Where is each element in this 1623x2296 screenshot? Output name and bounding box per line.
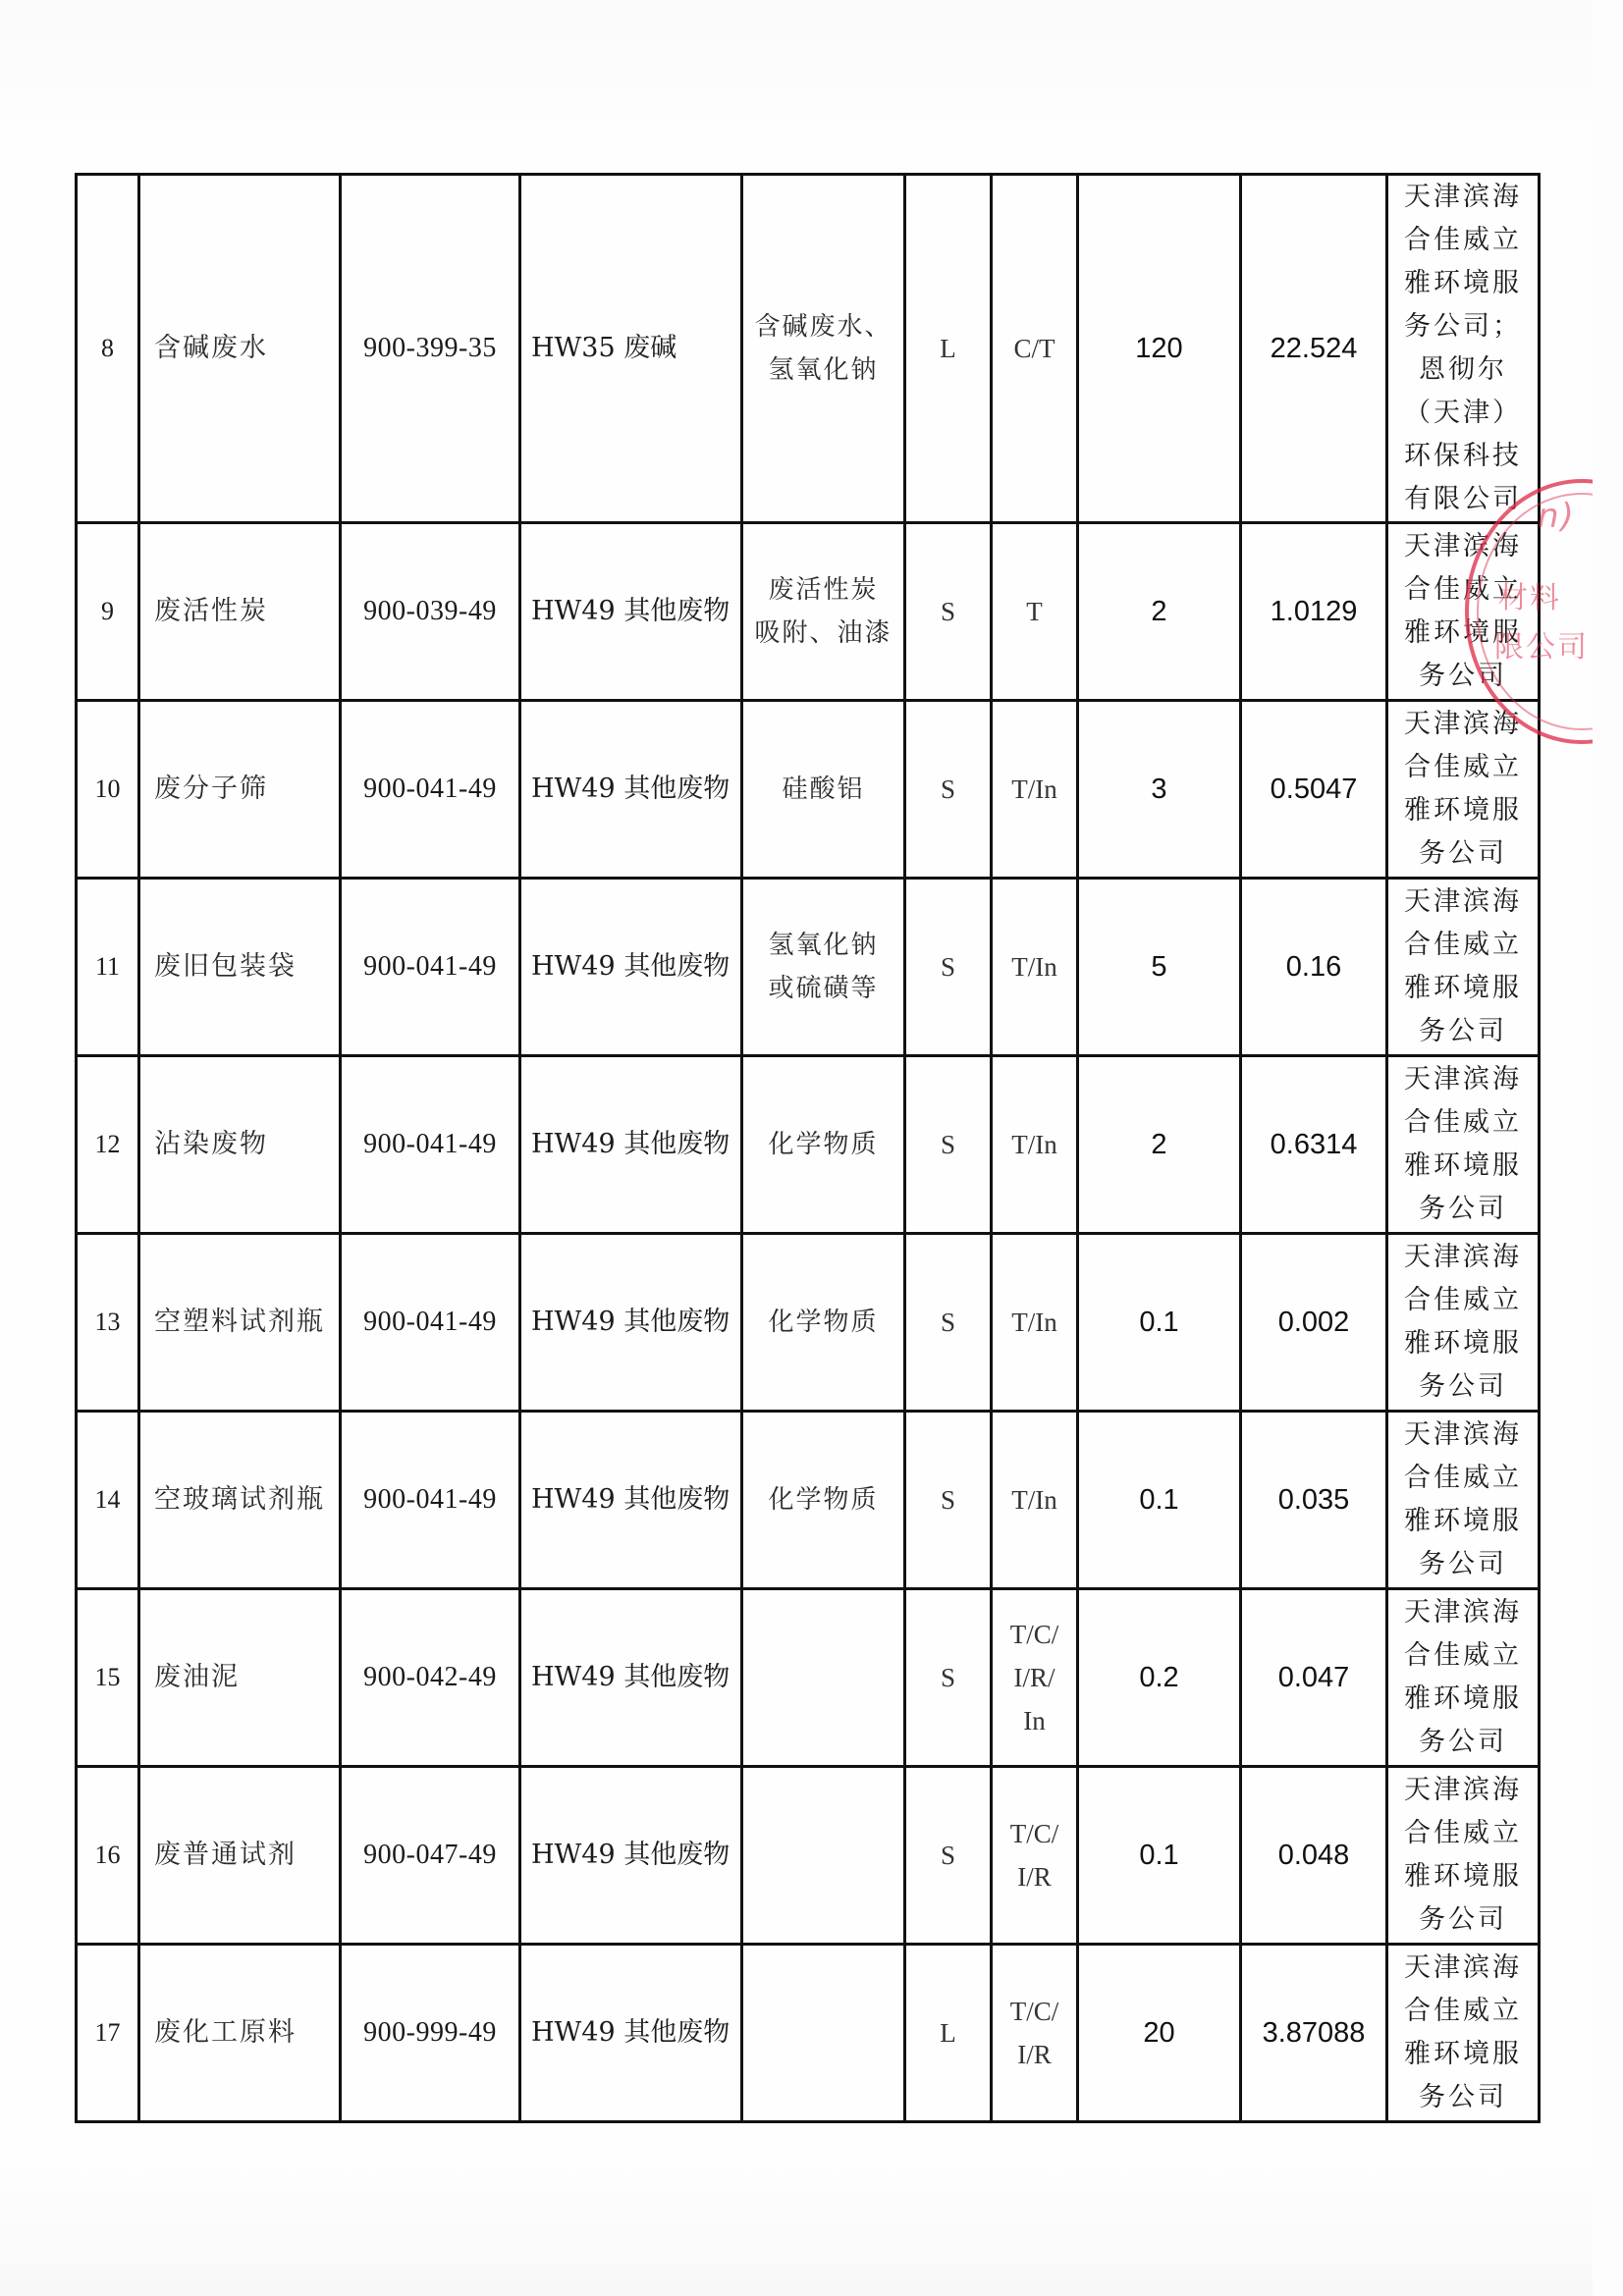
disposal-unit-cell: 天津滨海合佳威立雅环境服务公司 xyxy=(1387,1234,1540,1412)
main-component-cell: 废活性炭吸附、油漆 xyxy=(742,523,905,701)
disposal-unit-cell: 天津滨海合佳威立雅环境服务公司 xyxy=(1387,1056,1540,1234)
waste-code-cell: 900-047-49 xyxy=(341,1767,520,1945)
generated-amount-cell: 5 xyxy=(1078,879,1241,1056)
cell-line: （天津） xyxy=(1392,392,1534,435)
waste-code-cell: 900-041-49 xyxy=(341,879,520,1056)
cell-line: In xyxy=(993,1699,1076,1742)
cell-line: 务公司 xyxy=(1392,1365,1534,1409)
page-edge xyxy=(1593,0,1623,2296)
waste-category-cell: HW35 废碱 xyxy=(520,175,742,523)
cell-line: 雅环境服 xyxy=(1392,1855,1534,1898)
main-component-cell: 硅酸铝 xyxy=(742,701,905,879)
form-cell: S xyxy=(905,879,992,1056)
table-body: 8含碱废水900-399-35HW35 废碱含碱废水、氢氧化钠LC/T12022… xyxy=(77,175,1540,2122)
cell-line: 雅环境服 xyxy=(1392,262,1534,305)
cell-line: 雅环境服 xyxy=(1392,1678,1534,1721)
form-cell: S xyxy=(905,1767,992,1945)
waste-code-cell: 900-999-49 xyxy=(341,1945,520,2122)
waste-name-cell: 沾染废物 xyxy=(139,1056,341,1234)
actual-amount-cell: 3.87088 xyxy=(1241,1945,1387,2122)
form-cell: S xyxy=(905,1589,992,1767)
cell-line: 合佳威立 xyxy=(1392,1457,1534,1500)
table-row: 15废油泥900-042-49HW49 其他废物ST/C/I/R/In0.20.… xyxy=(77,1589,1540,1767)
waste-code-cell: 900-399-35 xyxy=(341,175,520,523)
actual-amount-cell: 0.047 xyxy=(1241,1589,1387,1767)
cell-line: 天津滨海 xyxy=(1392,525,1534,568)
table-row: 12沾染废物900-041-49HW49 其他废物化学物质ST/In20.631… xyxy=(77,1056,1540,1234)
cell-line: 天津滨海 xyxy=(1392,881,1534,924)
cell-line: T xyxy=(993,590,1076,633)
disposal-unit-cell: 天津滨海合佳威立雅环境服务公司 xyxy=(1387,1767,1540,1945)
cell-line: 含碱废水、 xyxy=(743,305,903,348)
hazardous-waste-table: 8含碱废水900-399-35HW35 废碱含碱废水、氢氧化钠LC/T12022… xyxy=(75,173,1541,2123)
cell-line: 化学物质 xyxy=(743,1478,903,1522)
hazard-cell: C/T xyxy=(992,175,1078,523)
cell-line: T/C/ xyxy=(993,1812,1076,1855)
serial-number-cell: 11 xyxy=(77,879,139,1056)
cell-line: T/C/ xyxy=(993,1613,1076,1656)
generated-amount-cell: 0.2 xyxy=(1078,1589,1241,1767)
main-component-cell: 含碱废水、氢氧化钠 xyxy=(742,175,905,523)
table-row: 16废普通试剂900-047-49HW49 其他废物ST/C/I/R0.10.0… xyxy=(77,1767,1540,1945)
cell-line: 合佳威立 xyxy=(1392,1279,1534,1322)
cell-line: 氢氧化钠 xyxy=(743,924,903,967)
cell-line: 废活性炭 xyxy=(743,568,903,612)
cell-line: T/In xyxy=(993,768,1076,811)
cell-line: 天津滨海 xyxy=(1392,703,1534,746)
cell-line: 合佳威立 xyxy=(1392,1101,1534,1145)
cell-line: 氢氧化钠 xyxy=(743,348,903,392)
cell-line: 务公司 xyxy=(1392,1010,1534,1053)
cell-line: I/R xyxy=(993,2033,1076,2076)
waste-name-cell: 空塑料试剂瓶 xyxy=(139,1234,341,1412)
disposal-unit-cell: 天津滨海合佳威立雅环境服务公司 xyxy=(1387,523,1540,701)
form-cell: S xyxy=(905,701,992,879)
cell-line: 天津滨海 xyxy=(1392,1591,1534,1634)
waste-code-cell: 900-041-49 xyxy=(341,701,520,879)
serial-number-cell: 15 xyxy=(77,1589,139,1767)
hazard-cell: T/In xyxy=(992,701,1078,879)
cell-line: C/T xyxy=(993,327,1076,370)
waste-category-cell: HW49 其他废物 xyxy=(520,1056,742,1234)
cell-line: T/In xyxy=(993,945,1076,988)
cell-line: 合佳威立 xyxy=(1392,924,1534,967)
form-cell: S xyxy=(905,1056,992,1234)
generated-amount-cell: 2 xyxy=(1078,1056,1241,1234)
waste-name-cell: 废普通试剂 xyxy=(139,1767,341,1945)
main-component-cell xyxy=(742,1945,905,2122)
generated-amount-cell: 0.1 xyxy=(1078,1412,1241,1589)
cell-line: I/R xyxy=(993,1855,1076,1898)
generated-amount-cell: 120 xyxy=(1078,175,1241,523)
cell-line: 天津滨海 xyxy=(1392,1947,1534,1990)
actual-amount-cell: 0.16 xyxy=(1241,879,1387,1056)
cell-line: I/R/ xyxy=(993,1656,1076,1699)
cell-line: 务公司 xyxy=(1392,1543,1534,1586)
cell-line: 硅酸铝 xyxy=(743,768,903,811)
table-row: 9废活性炭900-039-49HW49 其他废物废活性炭吸附、油漆ST21.01… xyxy=(77,523,1540,701)
waste-category-cell: HW49 其他废物 xyxy=(520,1412,742,1589)
cell-line: 环保科技 xyxy=(1392,435,1534,478)
cell-line: 雅环境服 xyxy=(1392,612,1534,655)
form-cell: S xyxy=(905,523,992,701)
cell-line: 务公司 xyxy=(1392,655,1534,698)
cell-line: 天津滨海 xyxy=(1392,176,1534,219)
cell-line: 务公司 xyxy=(1392,2076,1534,2119)
serial-number-cell: 8 xyxy=(77,175,139,523)
cell-line: 天津滨海 xyxy=(1392,1769,1534,1812)
form-cell: L xyxy=(905,175,992,523)
cell-line: 务公司 xyxy=(1392,1188,1534,1231)
form-cell: L xyxy=(905,1945,992,2122)
generated-amount-cell: 2 xyxy=(1078,523,1241,701)
actual-amount-cell: 0.5047 xyxy=(1241,701,1387,879)
form-cell: S xyxy=(905,1412,992,1589)
waste-name-cell: 废油泥 xyxy=(139,1589,341,1767)
waste-name-cell: 废化工原料 xyxy=(139,1945,341,2122)
actual-amount-cell: 0.048 xyxy=(1241,1767,1387,1945)
waste-name-cell: 含碱废水 xyxy=(139,175,341,523)
main-component-cell: 化学物质 xyxy=(742,1234,905,1412)
cell-line: 化学物质 xyxy=(743,1301,903,1344)
cell-line: 务公司 xyxy=(1392,832,1534,876)
cell-line: T/In xyxy=(993,1478,1076,1522)
hazard-cell: T/In xyxy=(992,879,1078,1056)
disposal-unit-cell: 天津滨海合佳威立雅环境服务公司 xyxy=(1387,1945,1540,2122)
cell-line: 务公司； xyxy=(1392,305,1534,348)
cell-line: 合佳威立 xyxy=(1392,1990,1534,2033)
serial-number-cell: 16 xyxy=(77,1767,139,1945)
cell-line: T/C/ xyxy=(993,1990,1076,2033)
hazard-cell: T xyxy=(992,523,1078,701)
waste-code-cell: 900-039-49 xyxy=(341,523,520,701)
waste-name-cell: 空玻璃试剂瓶 xyxy=(139,1412,341,1589)
cell-line: 化学物质 xyxy=(743,1123,903,1166)
cell-line: 雅环境服 xyxy=(1392,1500,1534,1543)
waste-category-cell: HW49 其他废物 xyxy=(520,1589,742,1767)
waste-category-cell: HW49 其他废物 xyxy=(520,1234,742,1412)
generated-amount-cell: 0.1 xyxy=(1078,1767,1241,1945)
disposal-unit-cell: 天津滨海合佳威立雅环境服务公司 xyxy=(1387,1412,1540,1589)
main-component-cell xyxy=(742,1589,905,1767)
hazard-cell: T/C/I/R xyxy=(992,1945,1078,2122)
cell-line: 天津滨海 xyxy=(1392,1236,1534,1279)
waste-code-cell: 900-041-49 xyxy=(341,1234,520,1412)
generated-amount-cell: 20 xyxy=(1078,1945,1241,2122)
waste-code-cell: 900-041-49 xyxy=(341,1412,520,1589)
cell-line: 合佳威立 xyxy=(1392,568,1534,612)
cell-line: 雅环境服 xyxy=(1392,1322,1534,1365)
table-row: 13空塑料试剂瓶900-041-49HW49 其他废物化学物质ST/In0.10… xyxy=(77,1234,1540,1412)
cell-line: 天津滨海 xyxy=(1392,1058,1534,1101)
waste-category-cell: HW49 其他废物 xyxy=(520,701,742,879)
cell-line: 吸附、油漆 xyxy=(743,612,903,655)
waste-category-cell: HW49 其他废物 xyxy=(520,523,742,701)
cell-line: 雅环境服 xyxy=(1392,789,1534,832)
waste-name-cell: 废旧包装袋 xyxy=(139,879,341,1056)
table-row: 8含碱废水900-399-35HW35 废碱含碱废水、氢氧化钠LC/T12022… xyxy=(77,175,1540,523)
serial-number-cell: 12 xyxy=(77,1056,139,1234)
waste-name-cell: 废分子筛 xyxy=(139,701,341,879)
actual-amount-cell: 1.0129 xyxy=(1241,523,1387,701)
generated-amount-cell: 0.1 xyxy=(1078,1234,1241,1412)
cell-line: 务公司 xyxy=(1392,1898,1534,1942)
cell-line: 合佳威立 xyxy=(1392,1634,1534,1678)
disposal-unit-cell: 天津滨海合佳威立雅环境服务公司 xyxy=(1387,701,1540,879)
actual-amount-cell: 0.6314 xyxy=(1241,1056,1387,1234)
main-component-cell: 化学物质 xyxy=(742,1056,905,1234)
table-row: 14空玻璃试剂瓶900-041-49HW49 其他废物化学物质ST/In0.10… xyxy=(77,1412,1540,1589)
waste-name-cell: 废活性炭 xyxy=(139,523,341,701)
main-component-cell: 氢氧化钠或硫磺等 xyxy=(742,879,905,1056)
waste-category-cell: HW49 其他废物 xyxy=(520,1767,742,1945)
serial-number-cell: 13 xyxy=(77,1234,139,1412)
cell-line: 务公司 xyxy=(1392,1721,1534,1764)
serial-number-cell: 14 xyxy=(77,1412,139,1589)
main-component-cell xyxy=(742,1767,905,1945)
cell-line: 合佳威立 xyxy=(1392,746,1534,789)
cell-line: 雅环境服 xyxy=(1392,2033,1534,2076)
serial-number-cell: 9 xyxy=(77,523,139,701)
disposal-unit-cell: 天津滨海合佳威立雅环境服务公司；恩彻尔（天津）环保科技有限公司 xyxy=(1387,175,1540,523)
table-row: 11废旧包装袋900-041-49HW49 其他废物氢氧化钠或硫磺等ST/In5… xyxy=(77,879,1540,1056)
actual-amount-cell: 0.035 xyxy=(1241,1412,1387,1589)
cell-line: 合佳威立 xyxy=(1392,219,1534,262)
cell-line: 雅环境服 xyxy=(1392,1145,1534,1188)
table-row: 10废分子筛900-041-49HW49 其他废物硅酸铝ST/In30.5047… xyxy=(77,701,1540,879)
disposal-unit-cell: 天津滨海合佳威立雅环境服务公司 xyxy=(1387,879,1540,1056)
cell-line: 合佳威立 xyxy=(1392,1812,1534,1855)
hazard-cell: T/C/I/R xyxy=(992,1767,1078,1945)
waste-code-cell: 900-042-49 xyxy=(341,1589,520,1767)
form-cell: S xyxy=(905,1234,992,1412)
disposal-unit-cell: 天津滨海合佳威立雅环境服务公司 xyxy=(1387,1589,1540,1767)
hazard-cell: T/In xyxy=(992,1412,1078,1589)
cell-line: 恩彻尔 xyxy=(1392,348,1534,392)
actual-amount-cell: 22.524 xyxy=(1241,175,1387,523)
waste-category-cell: HW49 其他废物 xyxy=(520,1945,742,2122)
hazard-cell: T/In xyxy=(992,1056,1078,1234)
cell-line: 有限公司 xyxy=(1392,478,1534,521)
waste-code-cell: 900-041-49 xyxy=(341,1056,520,1234)
main-component-cell: 化学物质 xyxy=(742,1412,905,1589)
cell-line: T/In xyxy=(993,1301,1076,1344)
cell-line: 雅环境服 xyxy=(1392,967,1534,1010)
generated-amount-cell: 3 xyxy=(1078,701,1241,879)
table-row: 17废化工原料900-999-49HW49 其他废物LT/C/I/R203.87… xyxy=(77,1945,1540,2122)
cell-line: T/In xyxy=(993,1123,1076,1166)
waste-category-cell: HW49 其他废物 xyxy=(520,879,742,1056)
serial-number-cell: 17 xyxy=(77,1945,139,2122)
cell-line: 天津滨海 xyxy=(1392,1414,1534,1457)
cell-line: 或硫磺等 xyxy=(743,967,903,1010)
hazard-cell: T/C/I/R/In xyxy=(992,1589,1078,1767)
hazard-cell: T/In xyxy=(992,1234,1078,1412)
actual-amount-cell: 0.002 xyxy=(1241,1234,1387,1412)
serial-number-cell: 10 xyxy=(77,701,139,879)
